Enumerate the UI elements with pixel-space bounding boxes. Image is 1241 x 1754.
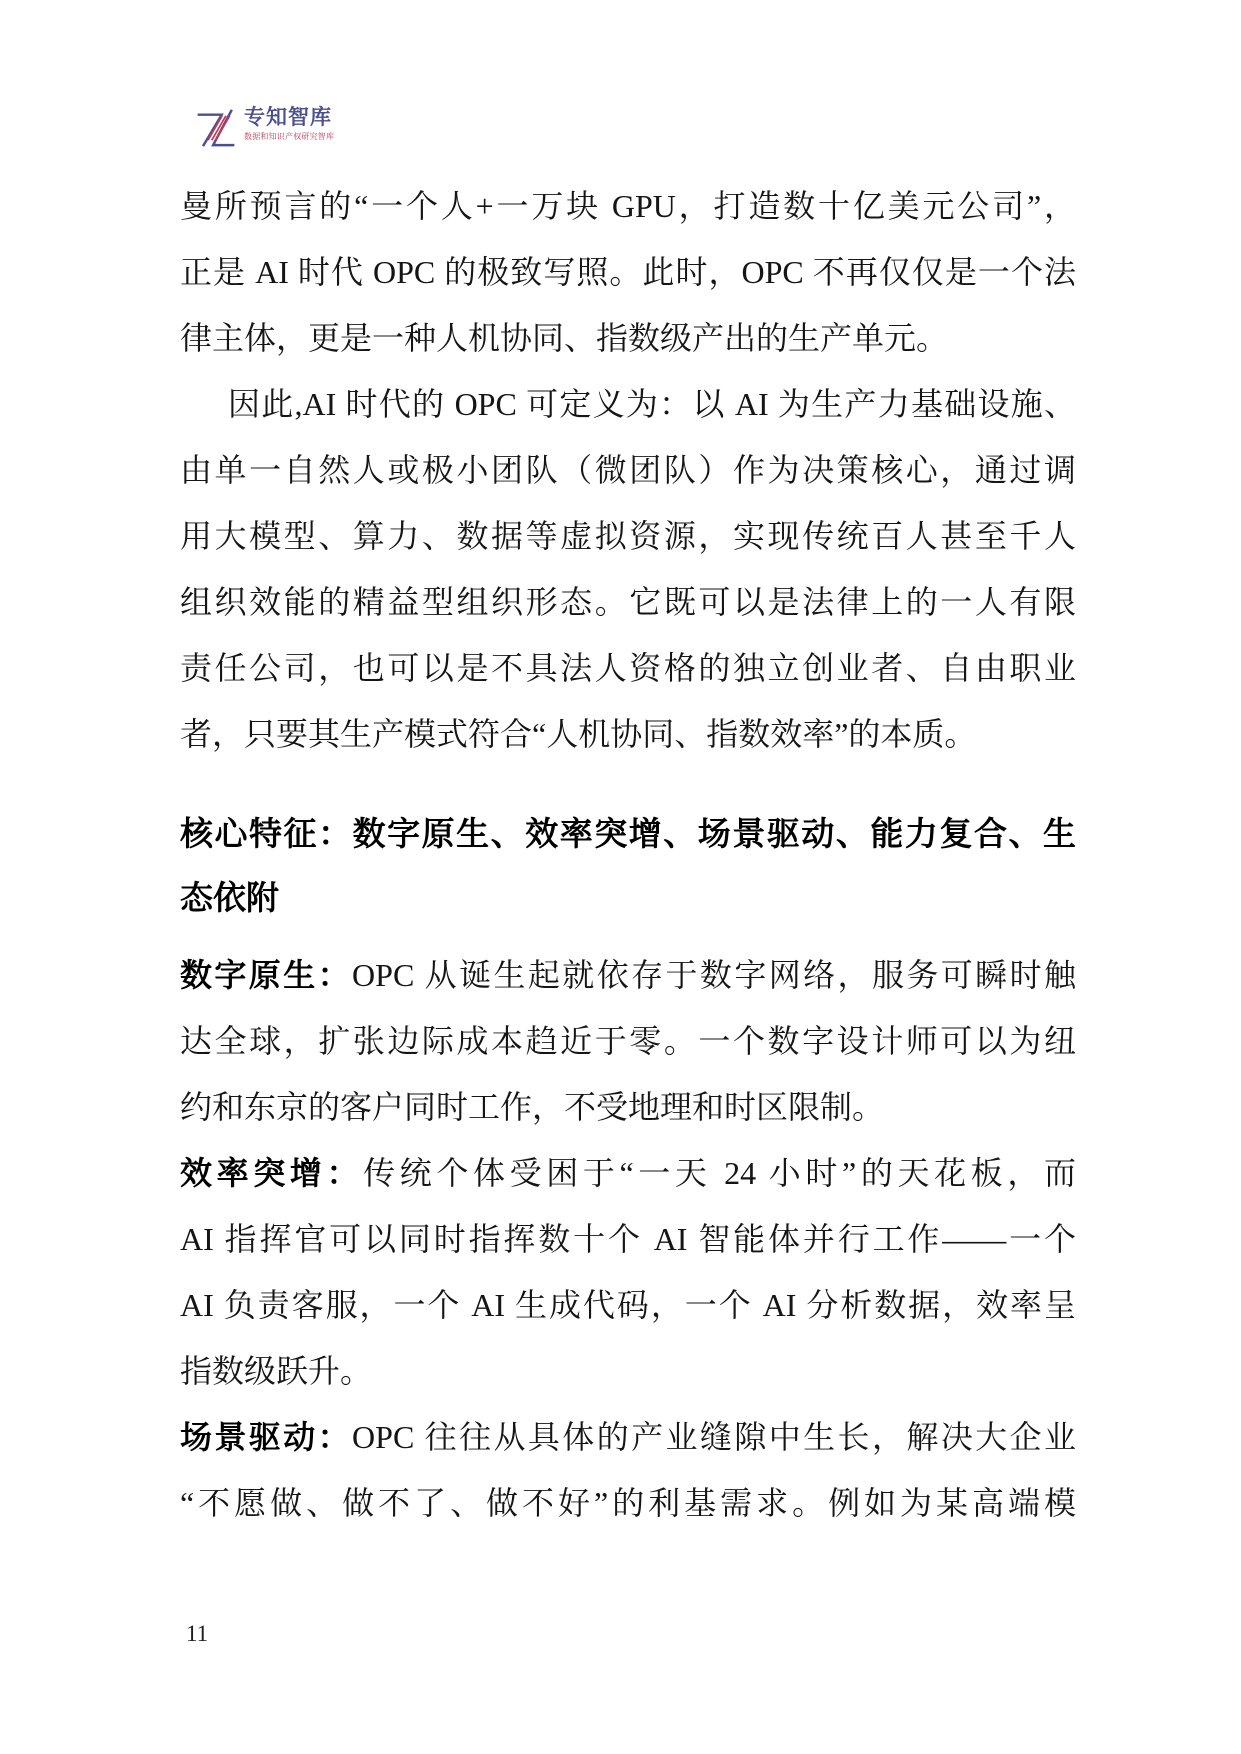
logo-subtitle: 数据和知识产权研究智库 [244,132,334,141]
run-in-heading: 效率突增： [180,1155,363,1191]
text-line: 正是 AI 时代 OPC 的极致写照。此时，OPC 不再仅仅是一个法 [180,239,1076,305]
line-text: OPC 往往从具体的产业缝隙中生长，解决大企业 [352,1419,1076,1455]
text-line: 因此,AI 时代的 OPC 可定义为：以 AI 为生产力基础设施、 [180,371,1076,437]
page-number: 11 [186,1620,208,1648]
heading-line: 态依附 [180,866,1076,930]
section-heading: 核心特征：数字原生、效率突增、场景驱动、能力复合、生 态依附 [180,802,1076,930]
heading-line: 核心特征：数字原生、效率突增、场景驱动、能力复合、生 [180,802,1076,866]
paragraph: 场景驱动：OPC 往往从具体的产业缝隙中生长，解决大企业 “不愿做、做不了、做不… [180,1404,1076,1536]
text-line: AI 指挥官可以同时指挥数十个 AI 智能体并行工作——一个 [180,1206,1076,1272]
text-line: 曼所预言的“一个人+一万块 GPU，打造数十亿美元公司”， [180,173,1076,239]
logo-text: 专知智库 数据和知识产权研究智库 [244,106,334,141]
paragraph: 数字原生：OPC 从诞生起就依存于数字网络，服务可瞬时触 达全球，扩张边际成本趋… [180,942,1076,1140]
text-line: 组织效能的精益型组织形态。它既可以是法律上的一人有限 [180,569,1076,635]
text-line: 场景驱动：OPC 往往从具体的产业缝隙中生长，解决大企业 [180,1404,1076,1470]
logo: 专知智库 数据和知识产权研究智库 [197,106,334,148]
text-line: AI 负责客服，一个 AI 生成代码，一个 AI 分析数据，效率呈 [180,1272,1076,1338]
document-page: 专知智库 数据和知识产权研究智库 曼所预言的“一个人+一万块 GPU，打造数十亿… [0,0,1241,1754]
text-line: “不愿做、做不了、做不好”的利基需求。例如为某高端模 [180,1470,1076,1536]
paragraph: 因此,AI 时代的 OPC 可定义为：以 AI 为生产力基础设施、 由单一自然人… [180,371,1076,767]
paragraph: 效率突增：传统个体受困于“一天 24 小时”的天花板，而 AI 指挥官可以同时指… [180,1140,1076,1404]
text-line: 者，只要其生产模式符合“人机协同、指数效率”的本质。 [180,701,1076,767]
zhuanzhi-logo-icon [197,108,235,148]
text-line: 数字原生：OPC 从诞生起就依存于数字网络，服务可瞬时触 [180,942,1076,1008]
text-line: 律主体，更是一种人机协同、指数级产出的生产单元。 [180,305,1076,371]
text-line: 由单一自然人或极小团队（微团队）作为决策核心，通过调 [180,437,1076,503]
text-line: 指数级跃升。 [180,1338,1076,1404]
line-text: 传统个体受困于“一天 24 小时”的天花板，而 [363,1155,1076,1191]
line-text: OPC 从诞生起就依存于数字网络，服务可瞬时触 [352,957,1076,993]
run-in-heading: 场景驱动： [180,1419,352,1455]
run-in-heading: 数字原生： [180,957,352,993]
text-line: 用大模型、算力、数据等虚拟资源，实现传统百人甚至千人 [180,503,1076,569]
text-line: 约和东京的客户同时工作，不受地理和时区限制。 [180,1074,1076,1140]
logo-title: 专知智库 [244,106,334,130]
body-content: 曼所预言的“一个人+一万块 GPU，打造数十亿美元公司”， 正是 AI 时代 O… [180,173,1076,1536]
text-line: 达全球，扩张边际成本趋近于零。一个数字设计师可以为纽 [180,1008,1076,1074]
text-line: 效率突增：传统个体受困于“一天 24 小时”的天花板，而 [180,1140,1076,1206]
paragraph: 曼所预言的“一个人+一万块 GPU，打造数十亿美元公司”， 正是 AI 时代 O… [180,173,1076,371]
text-line: 责任公司，也可以是不具法人资格的独立创业者、自由职业 [180,635,1076,701]
